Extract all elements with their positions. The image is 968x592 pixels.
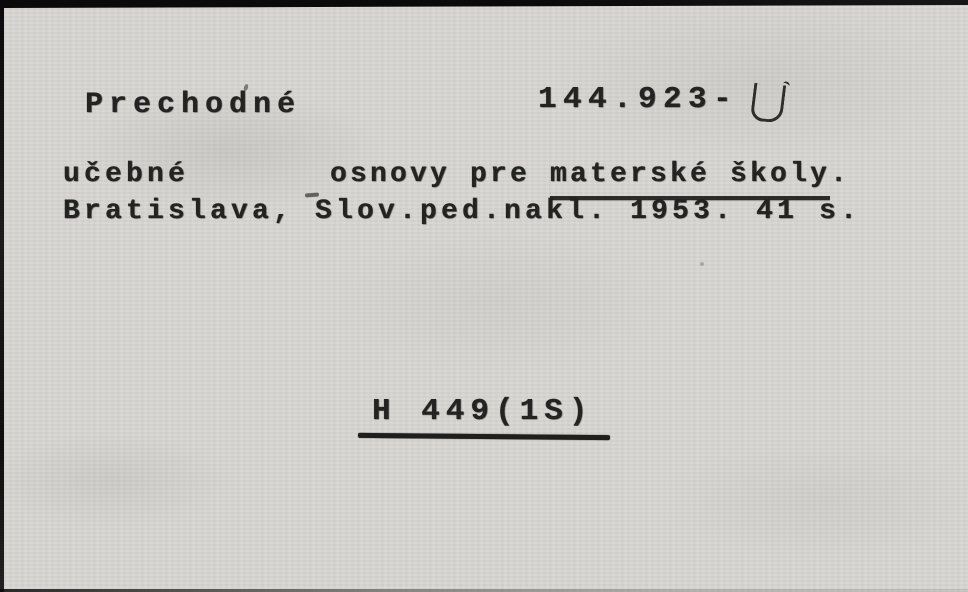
scan-edge-left: [0, 0, 4, 592]
entry-continuation: osnovy pre materské školy.: [330, 161, 850, 189]
catalog-card-scan: Prechodné 144.923- učebné osnovy pre mat…: [0, 0, 968, 592]
ink-speck: [700, 262, 704, 266]
publication-line: Bratislava, Slov.ped.nakl. 1953. 41 s.: [63, 198, 861, 226]
entry-text-before-underline: osnovy pre: [330, 159, 550, 190]
shelf-mark: H 449(1S): [372, 396, 593, 427]
entry-period: .: [830, 159, 850, 190]
card-title: Prechodné: [85, 90, 301, 120]
entry-underlined-subject: materské školy: [550, 159, 830, 200]
shelf-mark-underline-rule: [358, 433, 610, 440]
call-number: 144.923-: [538, 84, 738, 115]
handwritten-letter-u: [750, 83, 787, 124]
entry-word: učebné: [63, 161, 189, 189]
